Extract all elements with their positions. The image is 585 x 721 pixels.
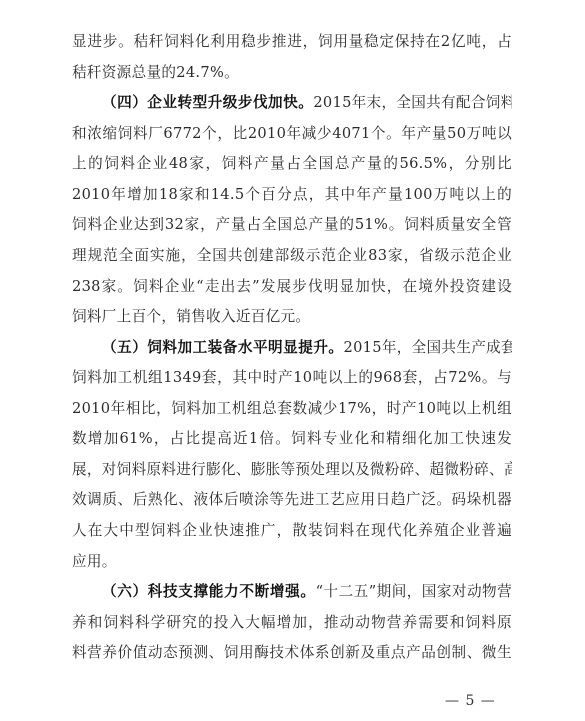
text-line: 养和饲料科学研究的投入大幅增加，推动动物营养需要和饲料原 [72, 608, 512, 639]
text-line: 理规范全面实施，全国共创建部级示范企业83家，省级示范企业 [72, 241, 512, 272]
text-line: 饲料加工机组1349套，其中时产10吨以上的968套，占72%。与 [72, 363, 512, 394]
section-heading-line-4: （四）企业转型升级步伐加快。2015年末，全国共有配合饲料 [72, 88, 512, 119]
text-line: 饲料厂上百个，销售收入近百亿元。 [72, 302, 512, 333]
text-line: 料营养价值动态预测、饲用酶技术体系创新及重点产品创制、微生 [72, 638, 512, 669]
section-heading: （六）科技支撑能力不断增强。 [102, 583, 316, 600]
text-line: 展，对饲料原料进行膨化、膨胀等预处理以及微粉碎、超微粉碎、高 [72, 455, 512, 486]
section-heading-line-5: （五）饲料加工装备水平明显提升。2015年，全国共生产成套 [72, 333, 512, 364]
text-line: 2010年相比，饲料加工机组总套数减少17%，时产10吨以上机组 [72, 394, 512, 425]
text-run: 2015年末，全国共有配合饲料 [313, 94, 512, 111]
text-run: 2015年，全国共生产成套 [344, 339, 512, 356]
text-line: 显进步。秸秆饲料化利用稳步推进，饲用量稳定保持在2亿吨，占 [72, 27, 512, 58]
text-line: 人在大中型饲料企业快速推广，散装饲料在现代化养殖企业普遍 [72, 516, 512, 547]
text-line: 效调质、后熟化、液体后喷涂等先进工艺应用日趋广泛。码垛机器 [72, 485, 512, 516]
text-line: 秸秆资源总量的24.7%。 [72, 58, 512, 89]
document-page: 显进步。秸秆饲料化利用稳步推进，饲用量稳定保持在2亿吨，占 秸秆资源总量的24.… [72, 27, 512, 669]
text-line: 应用。 [72, 547, 512, 578]
text-line: 和浓缩饲料厂6772个，比2010年减少4071个。年产量50万吨以 [72, 119, 512, 150]
text-line: 饲料企业达到32家，产量占全国总产量的51%。饲料质量安全管 [72, 210, 512, 241]
section-heading-line-6: （六）科技支撑能力不断增强。“十二五”期间，国家对动物营 [72, 577, 512, 608]
text-run: “十二五”期间，国家对动物营 [316, 583, 512, 600]
text-line: 数增加61%，占比提高近1倍。饲料专业化和精细化加工快速发 [72, 424, 512, 455]
section-heading: （五）饲料加工装备水平明显提升。 [102, 339, 344, 356]
text-line: 238家。饲料企业“走出去”发展步伐明显加快，在境外投资建设 [72, 272, 512, 303]
section-heading: （四）企业转型升级步伐加快。 [102, 94, 313, 111]
page-number: — 5 — [445, 693, 496, 709]
text-line: 2010年增加18家和14.5个百分点，其中年产量100万吨以上的 [72, 180, 512, 211]
text-line: 上的饲料企业48家，饲料产量占全国总产量的56.5%，分别比 [72, 149, 512, 180]
